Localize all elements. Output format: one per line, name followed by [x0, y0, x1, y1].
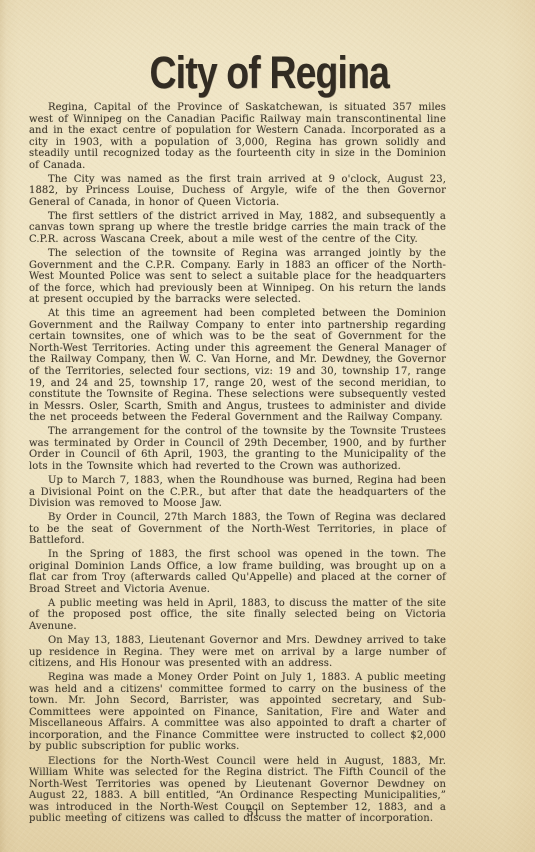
paragraph-naming: The City was named as the first train ar…	[29, 174, 446, 209]
paragraph-dewdney-arrival: On May 13, 1883, Lieutenant Governor and…	[29, 635, 446, 670]
book-page: City of Regina Regina, Capital of the Pr…	[0, 0, 535, 852]
page-body: Regina, Capital of the Province of Saska…	[29, 102, 446, 827]
page-number: 51	[45, 808, 462, 819]
paragraph-townsite-trustees: The arrangement for the control of the t…	[29, 426, 446, 472]
paragraph-roundhouse: Up to March 7, 1883, when the Roundhouse…	[29, 475, 446, 510]
paragraph-agreement: At this time an agreement had been compl…	[29, 308, 446, 423]
paragraph-intro: Regina, Capital of the Province of Saska…	[29, 102, 446, 171]
paragraph-money-order: Regina was made a Money Order Point on J…	[29, 672, 446, 753]
paragraph-first-school: In the Spring of 1883, the first school …	[29, 549, 446, 595]
paragraph-seat-of-government: By Order in Council, 27th March 1883, th…	[29, 512, 446, 547]
page-title-text: City of Regina	[150, 50, 389, 96]
paragraph-townsite-selection: The selection of the townsite of Regina …	[29, 248, 446, 306]
paragraph-public-meeting: A public meeting was held in April, 1883…	[29, 598, 446, 633]
paragraph-first-settlers: The first settlers of the district arriv…	[29, 211, 446, 246]
page-title: City of Regina	[29, 50, 446, 96]
